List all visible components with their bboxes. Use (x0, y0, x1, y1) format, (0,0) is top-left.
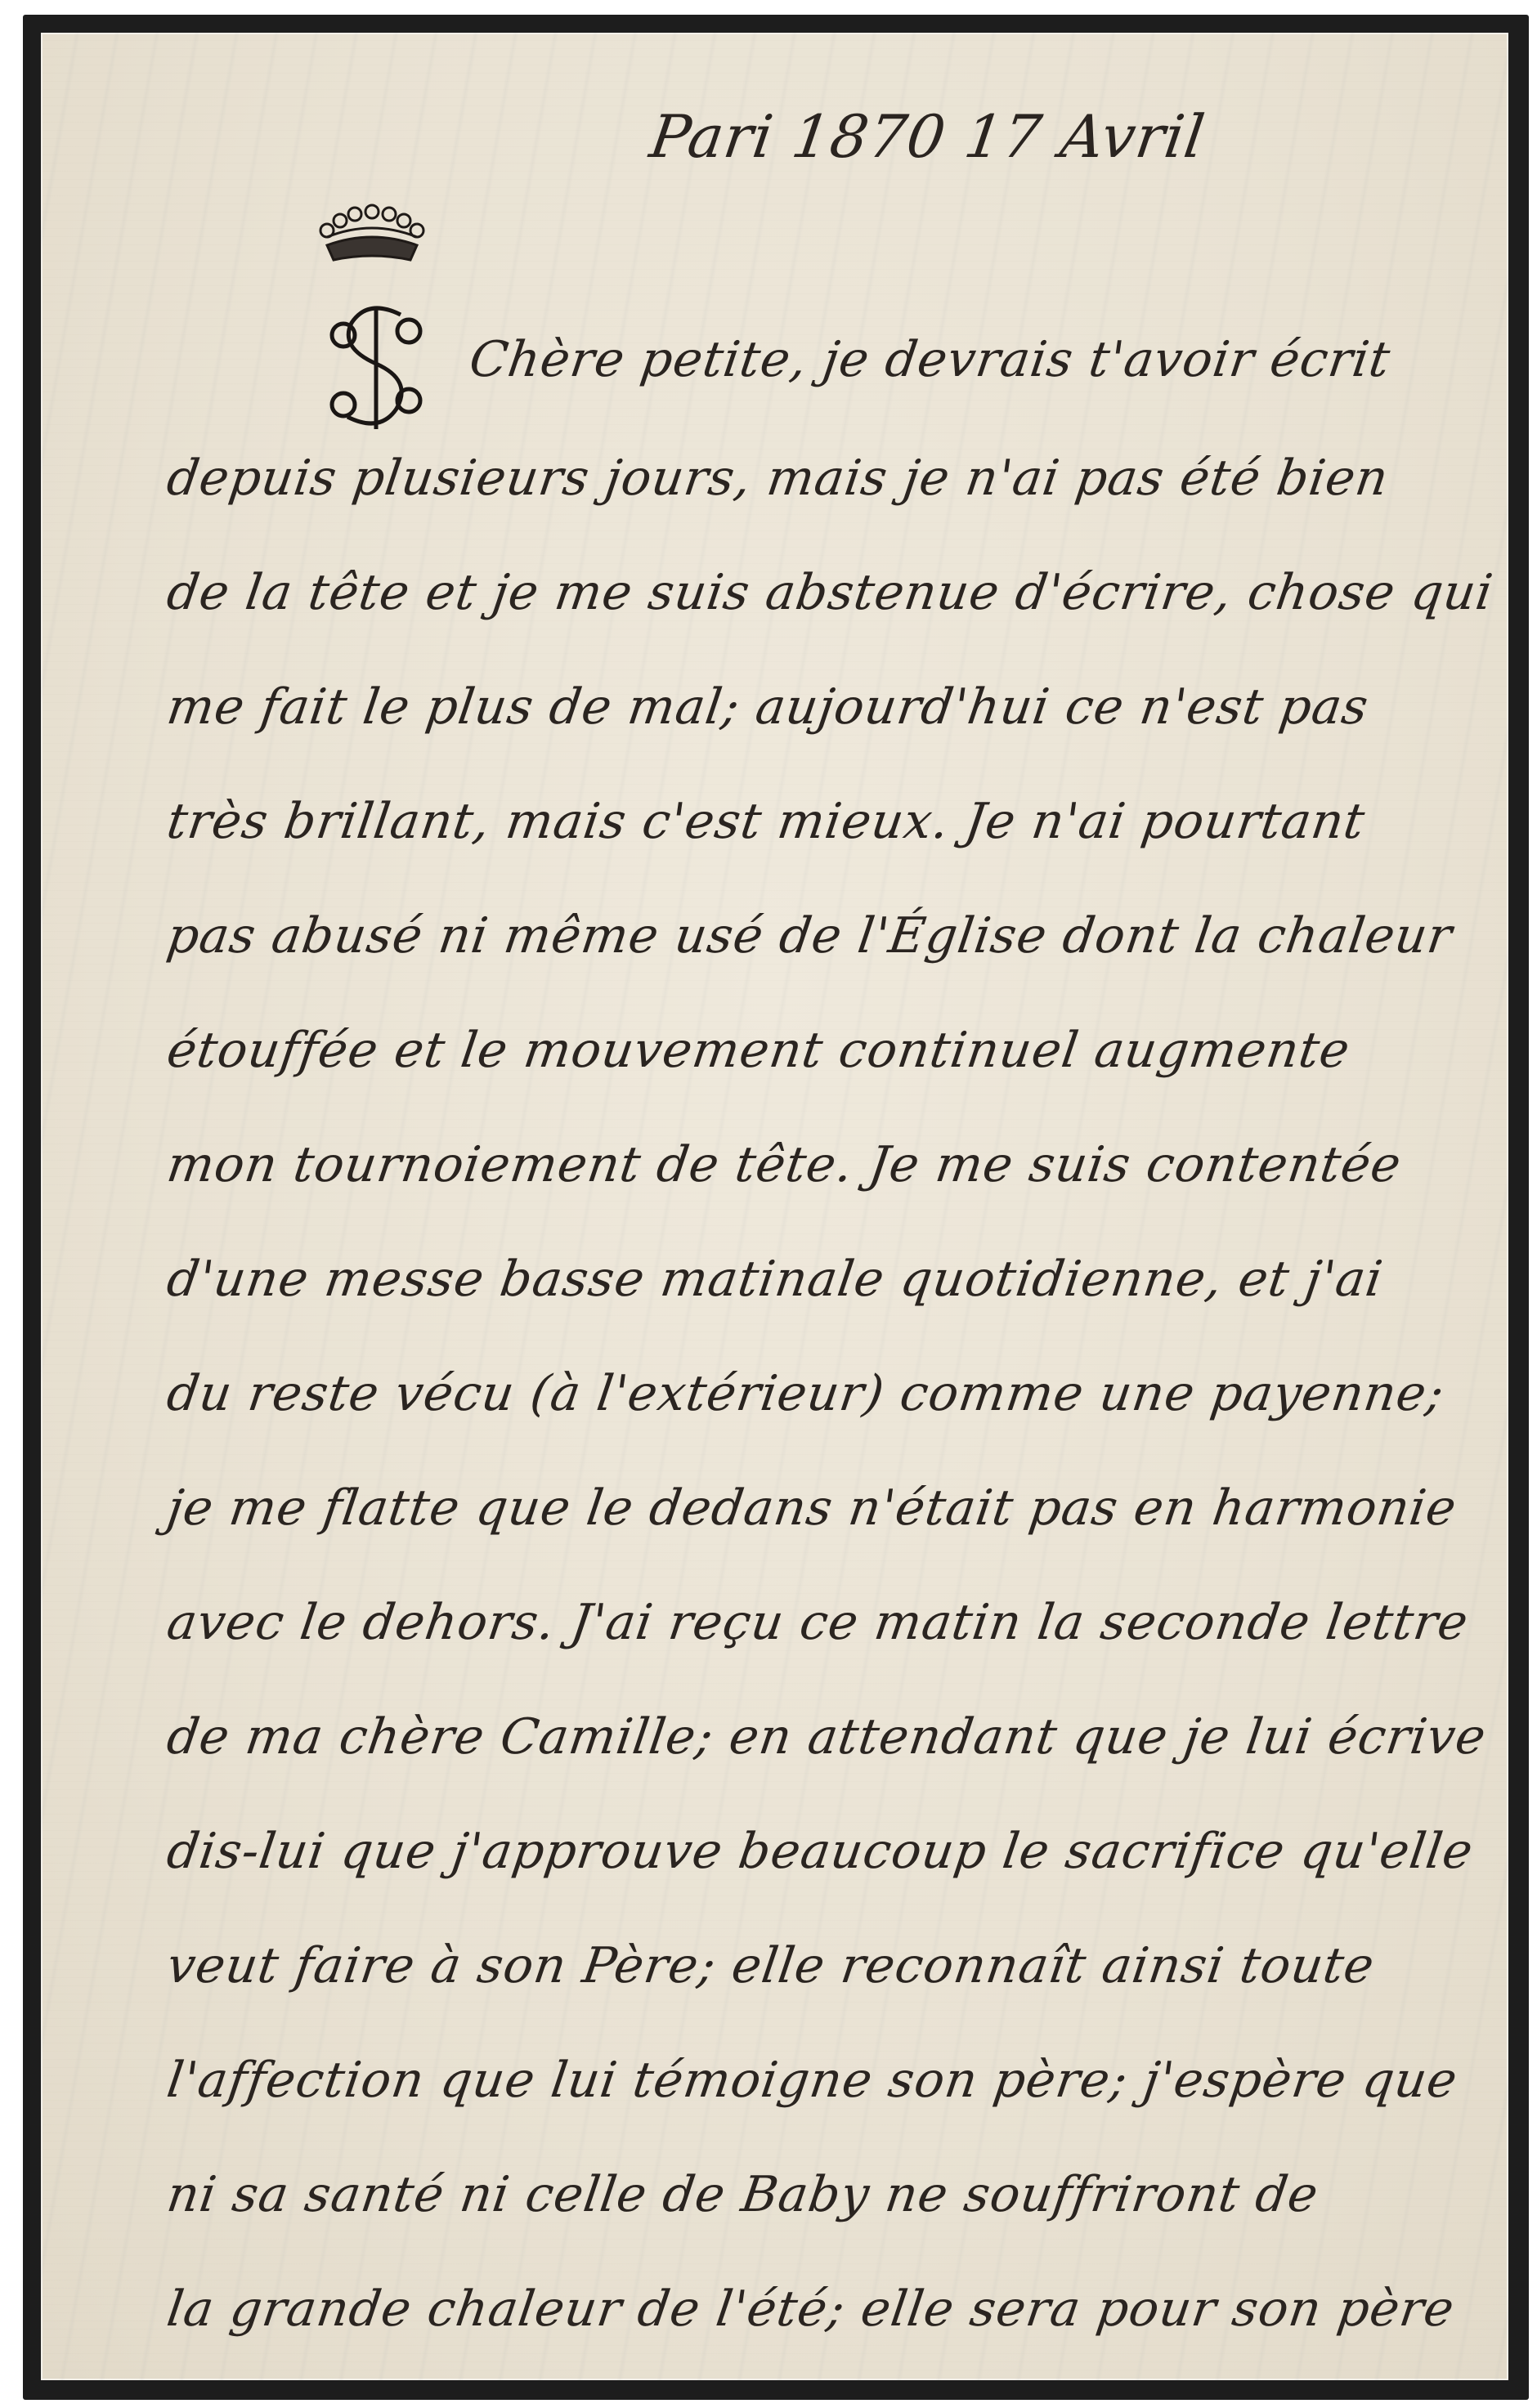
letter-line: de la tête et je me suis abstenue d'écri… (164, 564, 1497, 621)
letter-line: très brillant, mais c'est mieux. Je n'ai… (164, 793, 1369, 850)
letter-line: depuis plusieurs jours, mais je n'ai pas… (164, 450, 1392, 507)
letter-line: étouffée et le mouvement continuel augme… (164, 1022, 1354, 1079)
letter-line: mon tournoiement de tête. Je me suis con… (164, 1136, 1405, 1193)
crown-icon (311, 196, 433, 266)
letter-date: Pari 1870 17 Avril (646, 102, 1209, 171)
letter-line: veut faire à son Père; elle reconnaît ai… (164, 1937, 1378, 1994)
letter-line: la grande chaleur de l'été; elle sera po… (164, 2280, 1459, 2338)
letter-line: du reste vécu (à l'extérieur) comme une … (164, 1365, 1448, 1422)
letter-line: me fait le plus de mal; aujourd'hui ce n… (164, 678, 1372, 736)
letter-salutation: Chère petite, je devrais t'avoir écrit (466, 331, 1394, 388)
letter-line: l'affection que lui témoigne son père; j… (164, 2052, 1461, 2109)
letter-line: d'une messe basse matinale quotidienne, … (164, 1251, 1387, 1308)
letter-line: avec le dehors. J'ai reçu ce matin la se… (164, 1594, 1472, 1651)
letter-line: je me flatte que le dedans n'était pas e… (164, 1479, 1460, 1537)
monogram-S-icon (319, 298, 433, 437)
letter-line: de ma chère Camille; en attendant que je… (164, 1708, 1490, 1766)
letter-paper: Pari 1870 17 Avril Chère petite, je devr… (41, 33, 1508, 2380)
letter-line: ni sa santé ni celle de Baby ne souffrir… (164, 2166, 1322, 2223)
letter-line: pas abusé ni même usé de l'Église dont l… (164, 907, 1456, 965)
letter-line: dis-lui que j'approuve beaucoup le sacri… (164, 1823, 1477, 1880)
